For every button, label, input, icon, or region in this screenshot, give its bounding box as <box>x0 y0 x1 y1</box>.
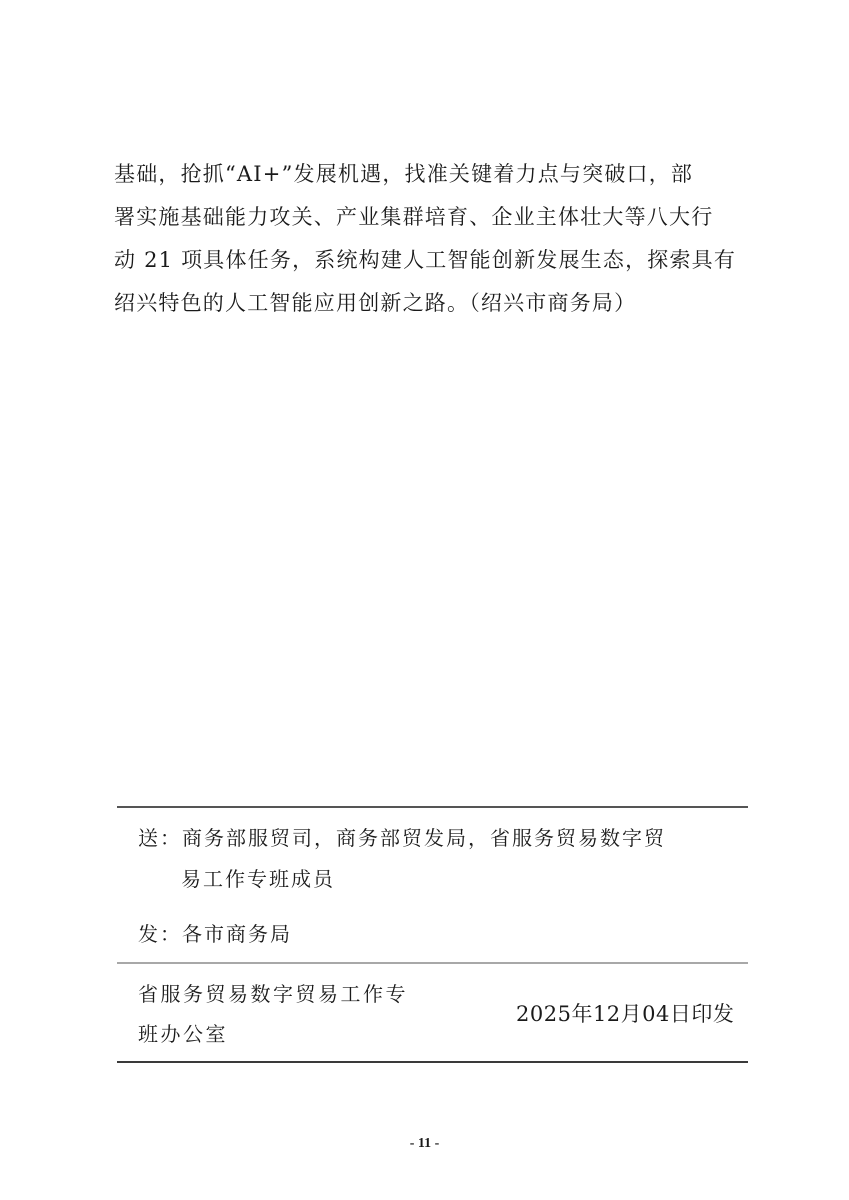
document-page: 基础，抢抓“AI+”发展机遇，找准关键着力点与突破口，部 署实施基础能力攻关、产… <box>0 0 849 1200</box>
colophon-divider <box>117 962 748 964</box>
distribution-top-rule <box>117 806 748 808</box>
colophon-bottom-rule <box>117 1061 748 1063</box>
send-label: 送： <box>138 822 182 851</box>
send-recipients: 商务部服贸司，商务部贸发局，省服务贸易数字贸 <box>182 826 666 850</box>
send-to-row: 送：商务部服贸司，商务部贸发局，省服务贸易数字贸 <box>138 822 666 851</box>
issue-date: 2025年12月04日印发 <box>516 998 734 1028</box>
copy-to-row: 发：各市商务局 <box>138 918 292 947</box>
send-to-continuation: 易工作专班成员 <box>181 863 335 892</box>
body-paragraph: 基础，抢抓“AI+”发展机遇，找准关键着力点与突破口，部 署实施基础能力攻关、产… <box>114 153 754 325</box>
body-line-3: 动 21 项具体任务，系统构建人工智能创新发展生态，探索具有 <box>114 239 754 282</box>
issuer-line-1: 省服务贸易数字贸易工作专 <box>138 978 408 1007</box>
cc-recipients: 各市商务局 <box>182 922 292 946</box>
cc-label: 发： <box>138 918 182 947</box>
body-line-4: 绍兴特色的人工智能应用创新之路。（绍兴市商务局） <box>114 282 754 325</box>
issuer-line-2: 班办公室 <box>138 1018 228 1047</box>
page-number: - 11 - <box>0 1136 849 1152</box>
body-line-1: 基础，抢抓“AI+”发展机遇，找准关键着力点与突破口，部 <box>114 153 754 196</box>
body-line-2: 署实施基础能力攻关、产业集群培育、企业主体壮大等八大行 <box>114 196 754 239</box>
